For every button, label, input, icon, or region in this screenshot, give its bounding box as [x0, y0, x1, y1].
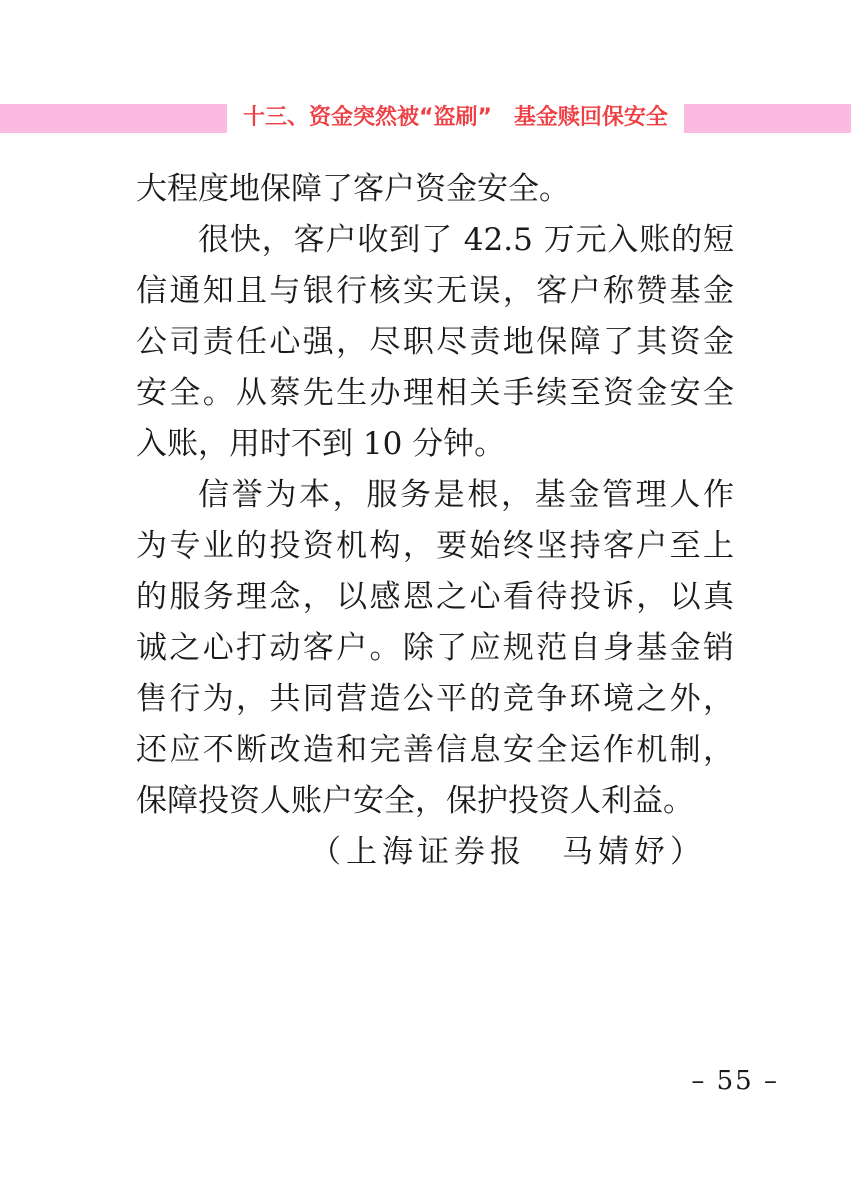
page-number: – 55 –	[691, 1066, 779, 1096]
text-line: 安全。从蔡先生办理相关手续至资金安全	[136, 368, 734, 419]
text-line: 诚之心打动客户。除了应规范自身基金销	[136, 623, 734, 674]
text-line: 保障投资人账户安全，保护投资人利益。	[136, 776, 734, 827]
chapter-header: 十三、资金突然被“盗刷” 基金赎回保安全	[0, 103, 851, 133]
text-line: 的服务理念，以感恩之心看待投诉，以真	[136, 572, 734, 623]
book-page: 十三、资金突然被“盗刷” 基金赎回保安全 大程度地保障了客户资金安全。 很快，客…	[0, 0, 851, 1189]
attribution-line: （上海证券报 马婧妤）	[136, 827, 734, 878]
text-line: 公司责任心强，尽职尽责地保障了其资金	[136, 317, 734, 368]
text-line: 还应不断改造和完善信息安全运作机制，	[136, 725, 734, 776]
text-line: 信誉为本，服务是根，基金管理人作	[136, 470, 734, 521]
text-line: 信通知且与银行核实无误，客户称赞基金	[136, 266, 734, 317]
text-line: 入账，用时不到 10 分钟。	[136, 419, 734, 470]
header-bar-left	[0, 104, 227, 133]
text-line: 很快，客户收到了 42.5 万元入账的短	[136, 215, 734, 266]
body-text-block: 大程度地保障了客户资金安全。 很快，客户收到了 42.5 万元入账的短 信通知且…	[136, 164, 734, 878]
chapter-title: 十三、资金突然被“盗刷” 基金赎回保安全	[227, 103, 684, 133]
header-bar-right	[684, 104, 851, 133]
text-line: 大程度地保障了客户资金安全。	[136, 164, 734, 215]
text-line: 为专业的投资机构，要始终坚持客户至上	[136, 521, 734, 572]
text-line: 售行为，共同营造公平的竞争环境之外，	[136, 674, 734, 725]
